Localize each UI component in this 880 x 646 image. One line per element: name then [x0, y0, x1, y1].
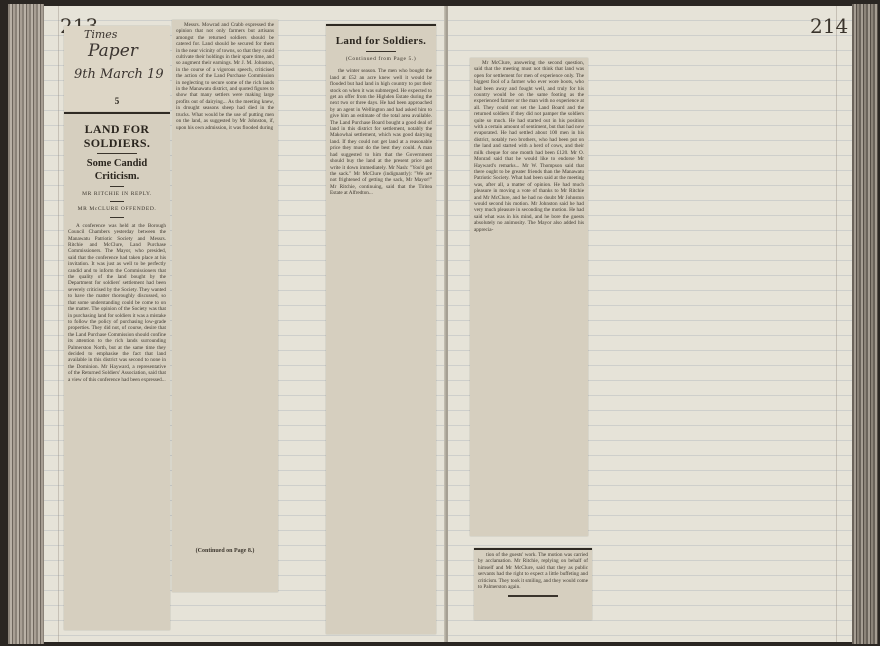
article-subheadline: Some Candid Criticism. — [64, 157, 170, 183]
scrapbook: 213 Times Paper 9th March 19 5 LAND FOR … — [0, 0, 880, 646]
margin-rule — [836, 6, 837, 642]
article-deck-1: MR RITCHIE IN REPLY. — [64, 191, 170, 197]
divider — [366, 51, 396, 52]
article-column-1: LAND FOR SOLDIERS. Some Candid Criticism… — [64, 112, 170, 630]
article-deck-2: MR McCLURE OFFENDED. — [64, 206, 170, 212]
article-ending-clipping: tion of the guests' work. The motion was… — [474, 548, 592, 620]
top-rule — [326, 24, 436, 26]
right-page: 214 Mr McClure, answering the second que… — [448, 6, 852, 642]
article-column-2-text: Messrs. Mowrad and Crabb expressed the o… — [172, 20, 278, 542]
continuation-headline: Land for Soldiers. — [326, 34, 436, 48]
article-column-2: Messrs. Mowrad and Crabb expressed the o… — [172, 20, 278, 592]
article-column-1-text: A conference was held at the Borough Cou… — [64, 221, 170, 385]
end-rule — [508, 595, 558, 597]
continued-from-note: (Continued from Page 5.) — [326, 56, 436, 62]
divider — [110, 186, 124, 187]
article-continuation-text: Mr McClure, answering the second questio… — [470, 58, 588, 235]
handwritten-note-line-3: 9th March 19 — [74, 72, 164, 78]
article-ending-text: tion of the guests' work. The motion was… — [474, 550, 592, 592]
book-page-edges-left — [8, 4, 44, 644]
divider — [97, 153, 137, 154]
handwritten-note-line-1: Times — [84, 32, 117, 38]
margin-rule — [58, 6, 59, 642]
divider — [110, 217, 124, 218]
continued-on-note: (Continued on Page 8.) — [172, 548, 278, 554]
page-number-right: 214 — [810, 14, 848, 38]
clipping-page-ref: 5 — [64, 98, 170, 104]
divider — [110, 201, 124, 202]
article-continuation-clipping: Mr McClure, answering the second questio… — [470, 58, 588, 536]
book-page-edges-right — [852, 4, 878, 644]
left-page: 213 Times Paper 9th March 19 5 LAND FOR … — [44, 6, 446, 642]
article-column-3-text: the winter season. The men who bought th… — [326, 66, 436, 198]
handwritten-label-clipping: Times Paper 9th March 19 5 — [64, 26, 170, 112]
handwritten-note-line-2: Paper — [88, 48, 138, 54]
article-headline: LAND FOR SOLDIERS. — [64, 122, 170, 150]
article-column-3: Land for Soldiers. (Continued from Page … — [326, 24, 436, 634]
